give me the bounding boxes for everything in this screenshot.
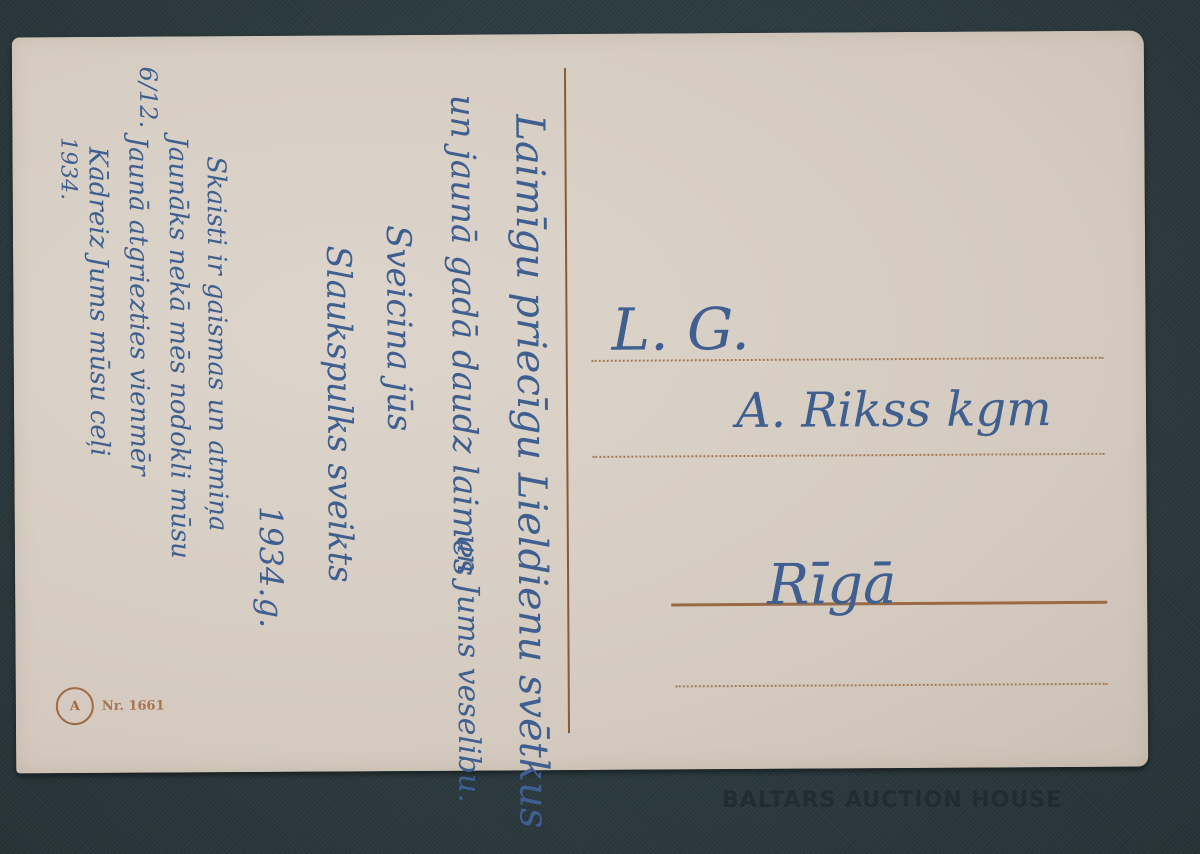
message-line-4: Sveicina jūs bbox=[378, 225, 419, 432]
address-line-4 bbox=[676, 683, 1108, 688]
auction-house-watermark: BALTARS AUCTION HOUSE bbox=[722, 788, 1062, 813]
publisher-logo-icon: A bbox=[56, 687, 94, 725]
message-line-1: Laimīgu priecīgu Lieldienu svētkus bbox=[506, 114, 556, 828]
message-line-9: Jaunā atgriezties vienmēr bbox=[122, 137, 154, 476]
margin-year: 1934. bbox=[55, 137, 80, 200]
message-line-7: Skaisti ir gaismas un atmiņa bbox=[200, 156, 232, 531]
margin-date-fraction: 6/12. bbox=[134, 67, 162, 129]
message-line-8: Jaunāks nekā mēs nodokli mūsu bbox=[162, 136, 195, 559]
message-year: 1934.g. bbox=[252, 506, 291, 628]
publisher-mark: A Nr. 1661 bbox=[56, 687, 165, 726]
address-line-2 bbox=[592, 453, 1104, 458]
postcard: L. G. A. Rikss kgm Rīgā Laimīgu priecīgu… bbox=[12, 31, 1148, 774]
message-line-2: un jaunā gadā daudz laimes bbox=[442, 95, 485, 577]
message-line-5: Slaukspulks sveikts bbox=[318, 245, 360, 582]
publisher-card-number: Nr. 1661 bbox=[102, 698, 165, 713]
message-line-10: Kādreiz Jums mūsu ceļi bbox=[82, 147, 114, 457]
address-recipient-initials: L. G. bbox=[611, 295, 750, 364]
postcard-divider-line bbox=[564, 68, 570, 733]
address-city: Rīgā bbox=[767, 552, 897, 618]
address-recipient-name: A. Rikss kgm bbox=[736, 381, 1052, 439]
message-line-3: un Jums veselibu. bbox=[450, 535, 487, 803]
